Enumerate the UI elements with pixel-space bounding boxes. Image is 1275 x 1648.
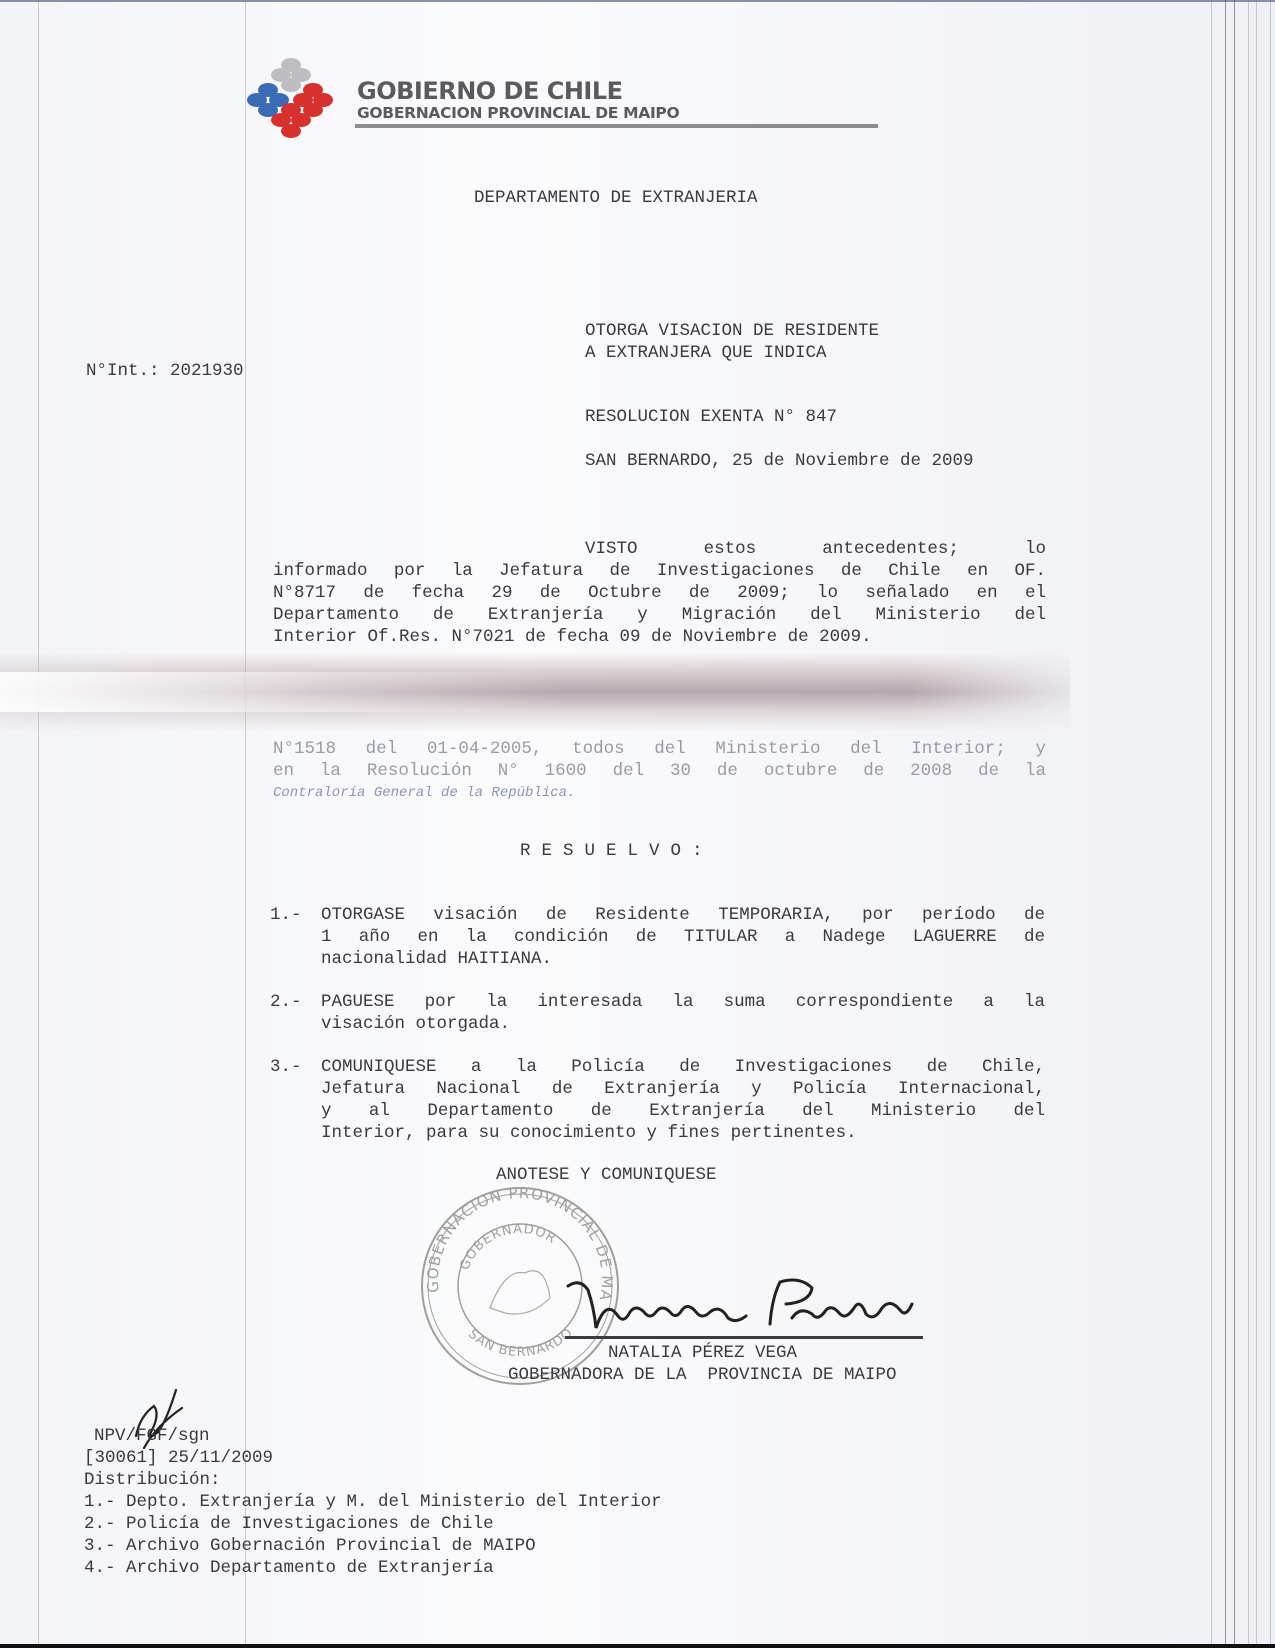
paragraph-line: VISTO estos antecedentes; lo	[273, 538, 1046, 560]
paragraph-line: Contraloría General de la República.	[273, 782, 1046, 804]
file-reference: [30061] 25/11/2009	[84, 1447, 273, 1469]
scan-fold-line	[1256, 0, 1257, 1648]
distribution-item: 2.- Policía de Investigaciones de Chile	[84, 1513, 662, 1535]
brand-title: GOBIERNO DE CHILE	[357, 77, 623, 105]
distribution-item: 3.- Archivo Gobernación Provincial de MA…	[84, 1535, 662, 1557]
scan-fold-line	[1270, 0, 1271, 1648]
resuelvo-heading: RESUELVO:	[520, 841, 714, 861]
obscured-paragraph: N°1518 del 01-04-2005, todos del Ministe…	[273, 738, 1046, 804]
header-rule	[355, 124, 878, 128]
item-number: 1.-	[270, 904, 302, 926]
paragraph-line: Interior Of.Res. N°7021 de fecha 09 de N…	[273, 626, 1046, 648]
scan-fold-line	[1248, 0, 1249, 1648]
distribution-item: 4.- Archivo Departamento de Extranjería	[84, 1557, 662, 1579]
brand-subtitle: GOBERNACION PROVINCIAL DE MAIPO	[357, 104, 679, 122]
item-line: nacionalidad HAITIANA.	[321, 948, 1045, 970]
item-line: y al Departamento de Extranjería del Min…	[321, 1100, 1045, 1122]
scan-fold-line	[245, 0, 246, 1648]
scan-fold-line	[1234, 0, 1235, 1648]
distribution-list: 1.- Depto. Extranjería y M. del Minister…	[84, 1491, 662, 1579]
subject-line: A EXTRANJERA QUE INDICA	[585, 343, 827, 363]
signer-title: GOBERNADORA DE LA PROVINCIA DE MAIPO	[508, 1364, 897, 1386]
item-line: OTORGASE visación de Residente TEMPORARI…	[321, 904, 1045, 926]
initials-reference: NPV/FGF/sgn	[94, 1425, 210, 1447]
subject-line: OTORGA VISACION DE RESIDENTE	[585, 321, 879, 341]
item-line: PAGUESE por la interesada la suma corres…	[321, 991, 1045, 1013]
scan-edge-bottom	[0, 1644, 1275, 1648]
department-heading: DEPARTAMENTO DE EXTRANJERIA	[474, 187, 758, 209]
scan-fold-line	[1225, 0, 1226, 1648]
scan-smear-highlight	[0, 672, 560, 712]
distribution-label: Distribución:	[84, 1469, 221, 1491]
paragraph-line: informado por la Jefatura de Investigaci…	[273, 560, 1046, 582]
paragraph-line: Departamento de Extranjería y Migración …	[273, 604, 1046, 626]
document-page: GOBIERNO DE CHILE GOBERNACION PROVINCIAL…	[0, 0, 1275, 1648]
visto-paragraph: VISTO estos antecedentes; lo informado p…	[273, 538, 1046, 648]
signature-line	[565, 1336, 923, 1339]
place-and-date: SAN BERNARDO, 25 de Noviembre de 2009	[585, 450, 974, 472]
distribution-item: 1.- Depto. Extranjería y M. del Minister…	[84, 1491, 662, 1513]
internal-number: N°Int.: 2021930	[86, 360, 244, 382]
subject-block: OTORGA VISACION DE RESIDENTE A EXTRANJER…	[585, 320, 879, 364]
scan-fold-line	[38, 0, 39, 1648]
item-line: Interior, para su conocimiento y fines p…	[321, 1122, 1045, 1144]
signer-name: NATALIA PÉREZ VEGA	[608, 1342, 797, 1364]
item-line: 1 año en la condición de TITULAR a Nadeg…	[321, 926, 1045, 948]
item-number: 2.-	[270, 991, 302, 1013]
chile-government-logo-icon	[243, 55, 343, 145]
scan-edge-top	[0, 0, 1275, 2]
paragraph-line: N°1518 del 01-04-2005, todos del Ministe…	[273, 738, 1046, 760]
paragraph-line: N°8717 de fecha 29 de Octubre de 2009; l…	[273, 582, 1046, 604]
item-number: 3.-	[270, 1056, 302, 1078]
item-line: visación otorgada.	[321, 1013, 1045, 1035]
paragraph-line: en la Resolución N° 1600 del 30 de octub…	[273, 760, 1046, 782]
resolution-number: RESOLUCION EXENTA N° 847	[585, 406, 837, 428]
item-line: Jefatura Nacional de Extranjería y Polic…	[321, 1078, 1045, 1100]
item-line: COMUNIQUESE a la Policía de Investigacio…	[321, 1056, 1045, 1078]
scan-fold-line	[1211, 0, 1212, 1648]
